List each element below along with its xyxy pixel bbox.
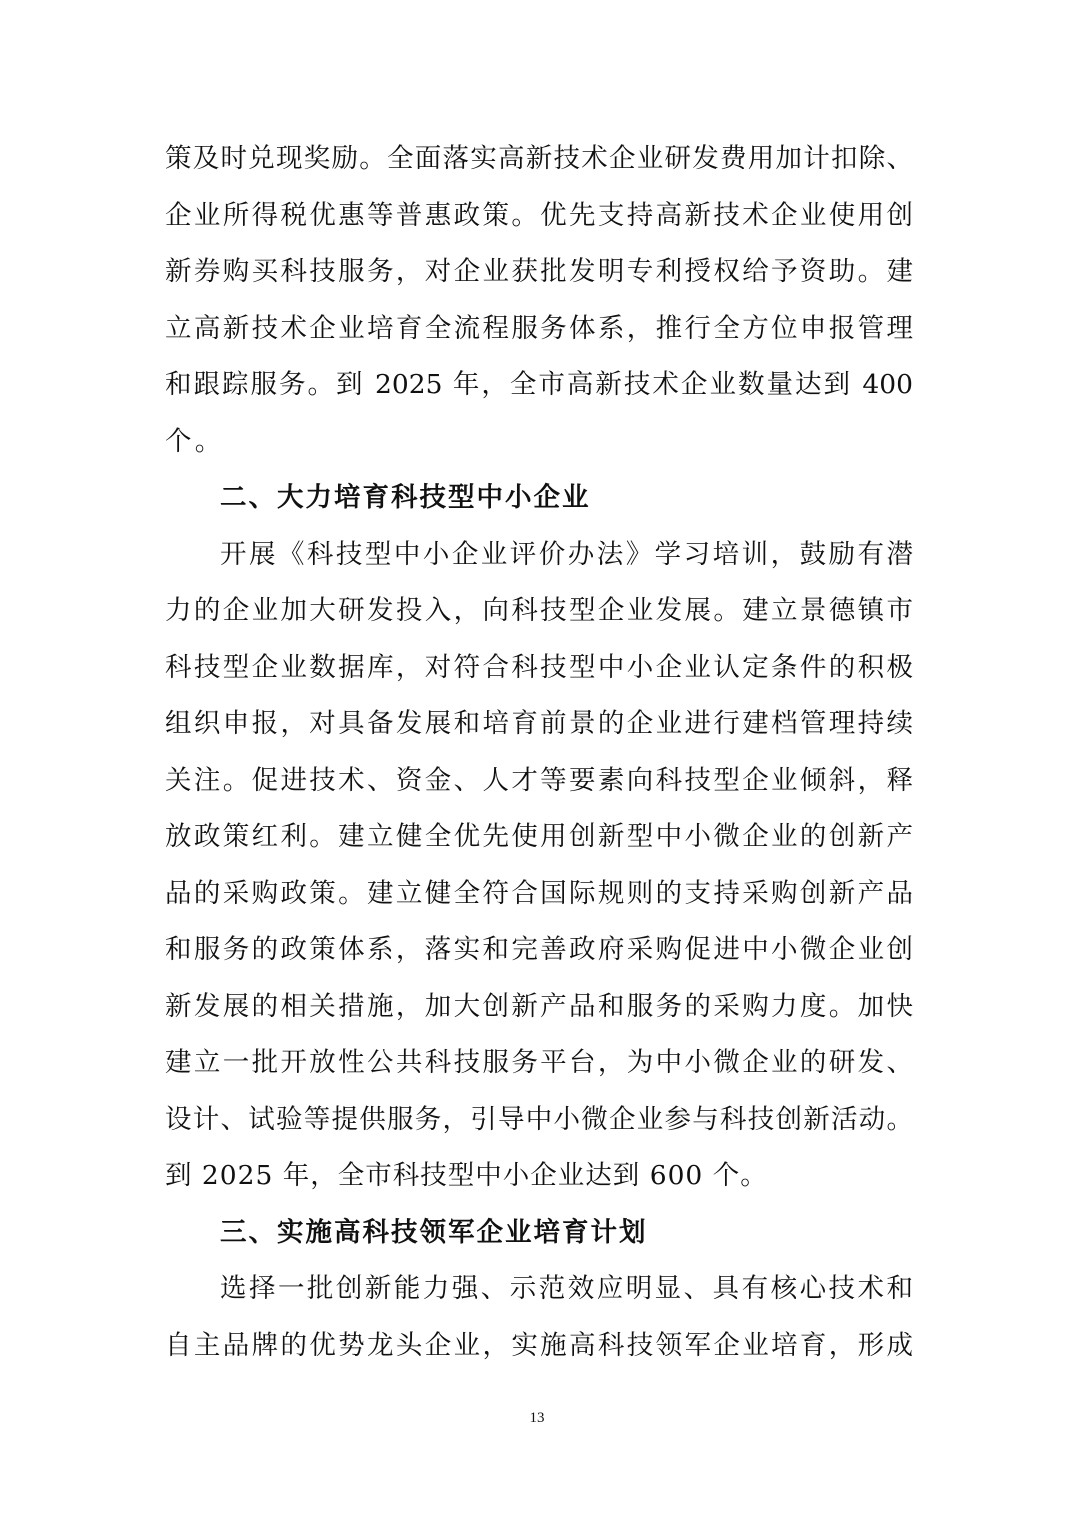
- body-line: 和跟踪服务。到 2025 年，全市高新技术企业数量达到 400: [165, 369, 913, 401]
- paragraph-first-line: 选择一批创新能力强、示范效应明显、具有核心技术和: [220, 1273, 913, 1305]
- body-line: 放政策红利。建立健全优先使用创新型中小微企业的创新产: [165, 821, 913, 853]
- body-line: 品的采购政策。建立健全符合国际规则的支持采购创新产品: [165, 878, 913, 910]
- body-line: 新券购买科技服务，对企业获批发明专利授权给予资助。建: [165, 256, 913, 288]
- document-page: 策及时兑现奖励。全面落实高新技术企业研发费用加计扣除、 企业所得税优惠等普惠政策…: [0, 0, 1074, 1520]
- body-line: 企业所得税优惠等普惠政策。优先支持高新技术企业使用创: [165, 200, 913, 232]
- body-line: 建立一批开放性公共科技服务平台，为中小微企业的研发、: [165, 1047, 913, 1079]
- paragraph-first-line: 开展《科技型中小企业评价办法》学习培训，鼓励有潜: [220, 539, 913, 571]
- body-line: 科技型企业数据库，对符合科技型中小企业认定条件的积极: [165, 652, 913, 684]
- body-line: 个。: [165, 426, 913, 458]
- body-line: 关注。促进技术、资金、人才等要素向科技型企业倾斜，释: [165, 765, 913, 797]
- body-line: 立高新技术企业培育全流程服务体系，推行全方位申报管理: [165, 313, 913, 345]
- body-line: 设计、试验等提供服务，引导中小微企业参与科技创新活动。: [165, 1104, 913, 1136]
- section-heading-3: 三、实施高科技领军企业培育计划: [220, 1217, 913, 1249]
- body-line: 力的企业加大研发投入，向科技型企业发展。建立景德镇市: [165, 595, 913, 627]
- body-line: 到 2025 年，全市科技型中小企业达到 600 个。: [165, 1160, 913, 1192]
- body-line: 新发展的相关措施，加大创新产品和服务的采购力度。加快: [165, 991, 913, 1023]
- section-heading-2: 二、大力培育科技型中小企业: [220, 482, 913, 514]
- body-line: 组织申报，对具备发展和培育前景的企业进行建档管理持续: [165, 708, 913, 740]
- page-number: 13: [0, 1410, 1074, 1427]
- body-line: 自主品牌的优势龙头企业，实施高科技领军企业培育，形成: [165, 1330, 913, 1362]
- body-line: 策及时兑现奖励。全面落实高新技术企业研发费用加计扣除、: [165, 143, 913, 175]
- body-line: 和服务的政策体系，落实和完善政府采购促进中小微企业创: [165, 934, 913, 966]
